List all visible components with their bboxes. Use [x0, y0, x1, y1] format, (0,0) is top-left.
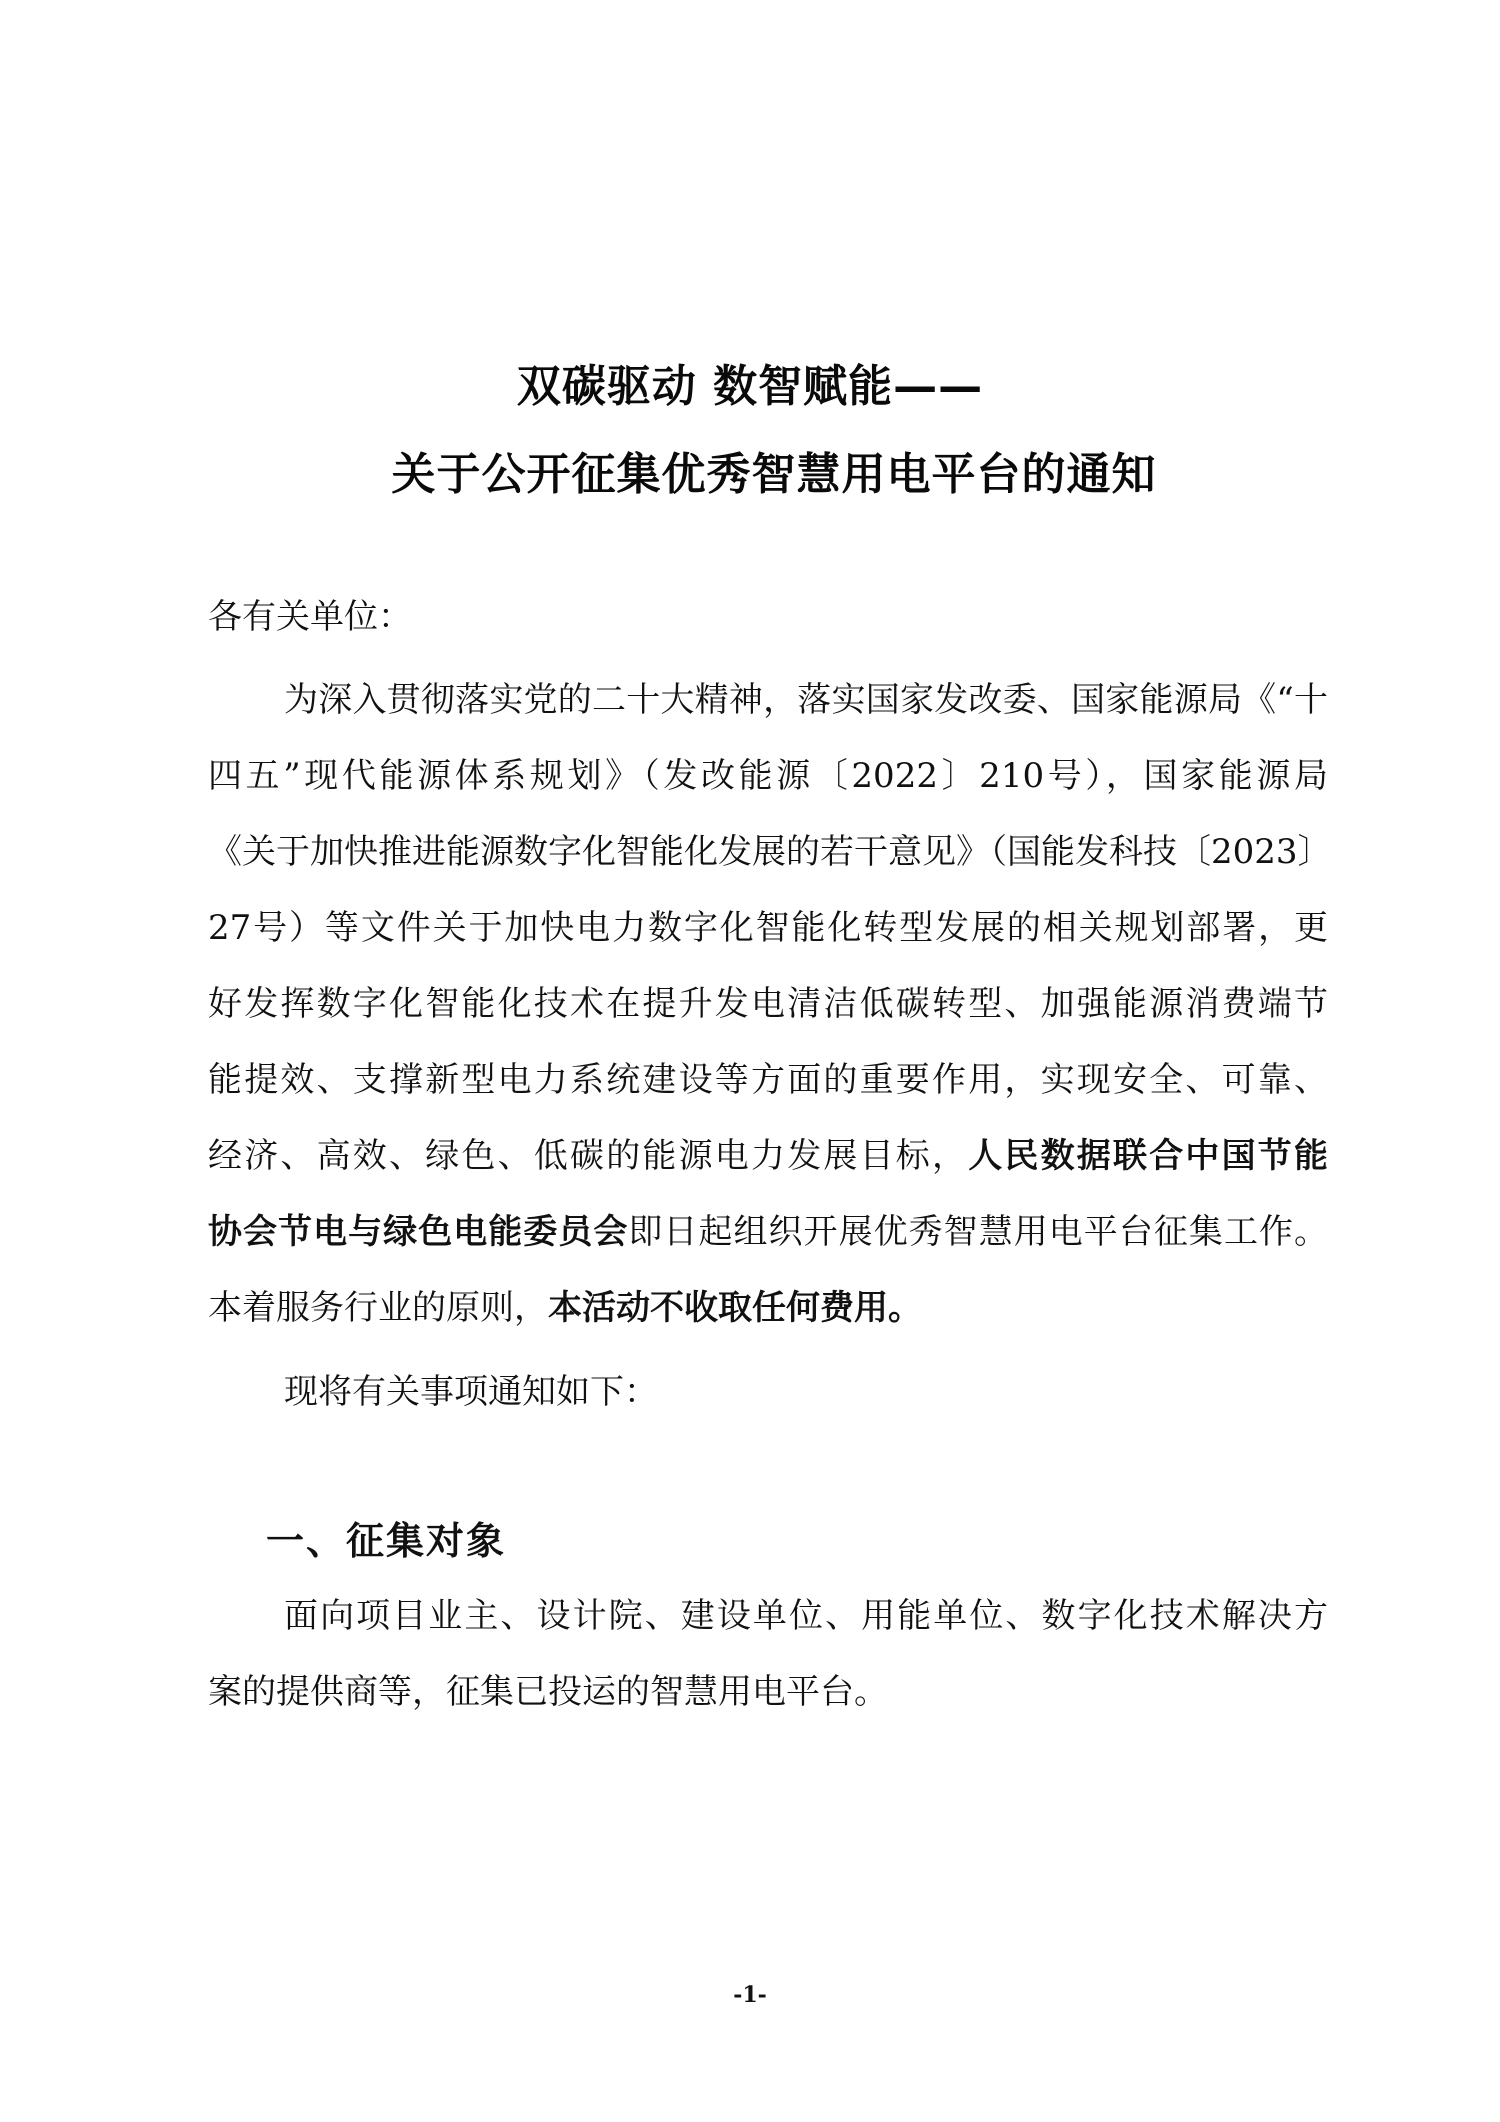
paragraph-line: 为深入贯彻落实党的二十大精神，落实国家发改委、国家能源局《“十 — [284, 680, 1328, 720]
document-title-line2: 关于公开征集优秀智慧用电平台的通知 — [24, 438, 1500, 502]
organizer-bold-text: 协会节电与绿色电能委员会 — [208, 1212, 628, 1252]
salutation: 各有关单位： — [208, 597, 1328, 637]
document-page: 双碳驱动 数智赋能—— 关于公开征集优秀智慧用电平台的通知 各有关单位： 为深入… — [0, 0, 1500, 2122]
paragraph-text: 即日起组织开展优秀智慧用电平台征集工作。 — [628, 1212, 1328, 1252]
paragraph-line: 能提效、支撑新型电力系统建设等方面的重要作用，实现安全、可靠、 — [208, 1060, 1328, 1100]
section-paragraph-line: 案的提供商等，征集已投运的智慧用电平台。 — [208, 1672, 1328, 1712]
section-heading: 一、征集对象 — [266, 1510, 506, 1565]
section-paragraph-line: 面向项目业主、设计院、建设单位、用能单位、数字化技术解决方 — [284, 1596, 1328, 1636]
document-title-line1: 双碳驱动 数智赋能—— — [0, 350, 1500, 414]
intro-next-line: 现将有关事项通知如下： — [284, 1372, 1328, 1412]
free-of-charge-bold-text: 本活动不收取任何费用。 — [548, 1288, 922, 1328]
paragraph-line: 《关于加快推进能源数字化智能化发展的若干意见》（国能发科技〔2023〕 — [208, 832, 1328, 872]
paragraph-line: 协会节电与绿色电能委员会即日起组织开展优秀智慧用电平台征集工作。 — [208, 1212, 1328, 1252]
paragraph-line: 好发挥数字化智能化技术在提升发电清洁低碳转型、加强能源消费端节 — [208, 984, 1328, 1024]
paragraph-line: 本着服务行业的原则，本活动不收取任何费用。 — [208, 1288, 1328, 1328]
paragraph-line: 经济、高效、绿色、低碳的能源电力发展目标，人民数据联合中国节能 — [208, 1136, 1328, 1176]
paragraph-line: 27号）等文件关于加快电力数字化智能化转型发展的相关规划部署，更 — [208, 908, 1328, 948]
paragraph-line: 四五”现代能源体系规划》（发改能源〔2022〕210号），国家能源局 — [208, 756, 1328, 796]
paragraph-text: 经济、高效、绿色、低碳的能源电力发展目标， — [208, 1136, 968, 1176]
organizer-bold-text: 人民数据联合中国节能 — [968, 1136, 1328, 1176]
page-number: -1- — [0, 1982, 1500, 2008]
paragraph-text: 本着服务行业的原则， — [208, 1288, 548, 1328]
